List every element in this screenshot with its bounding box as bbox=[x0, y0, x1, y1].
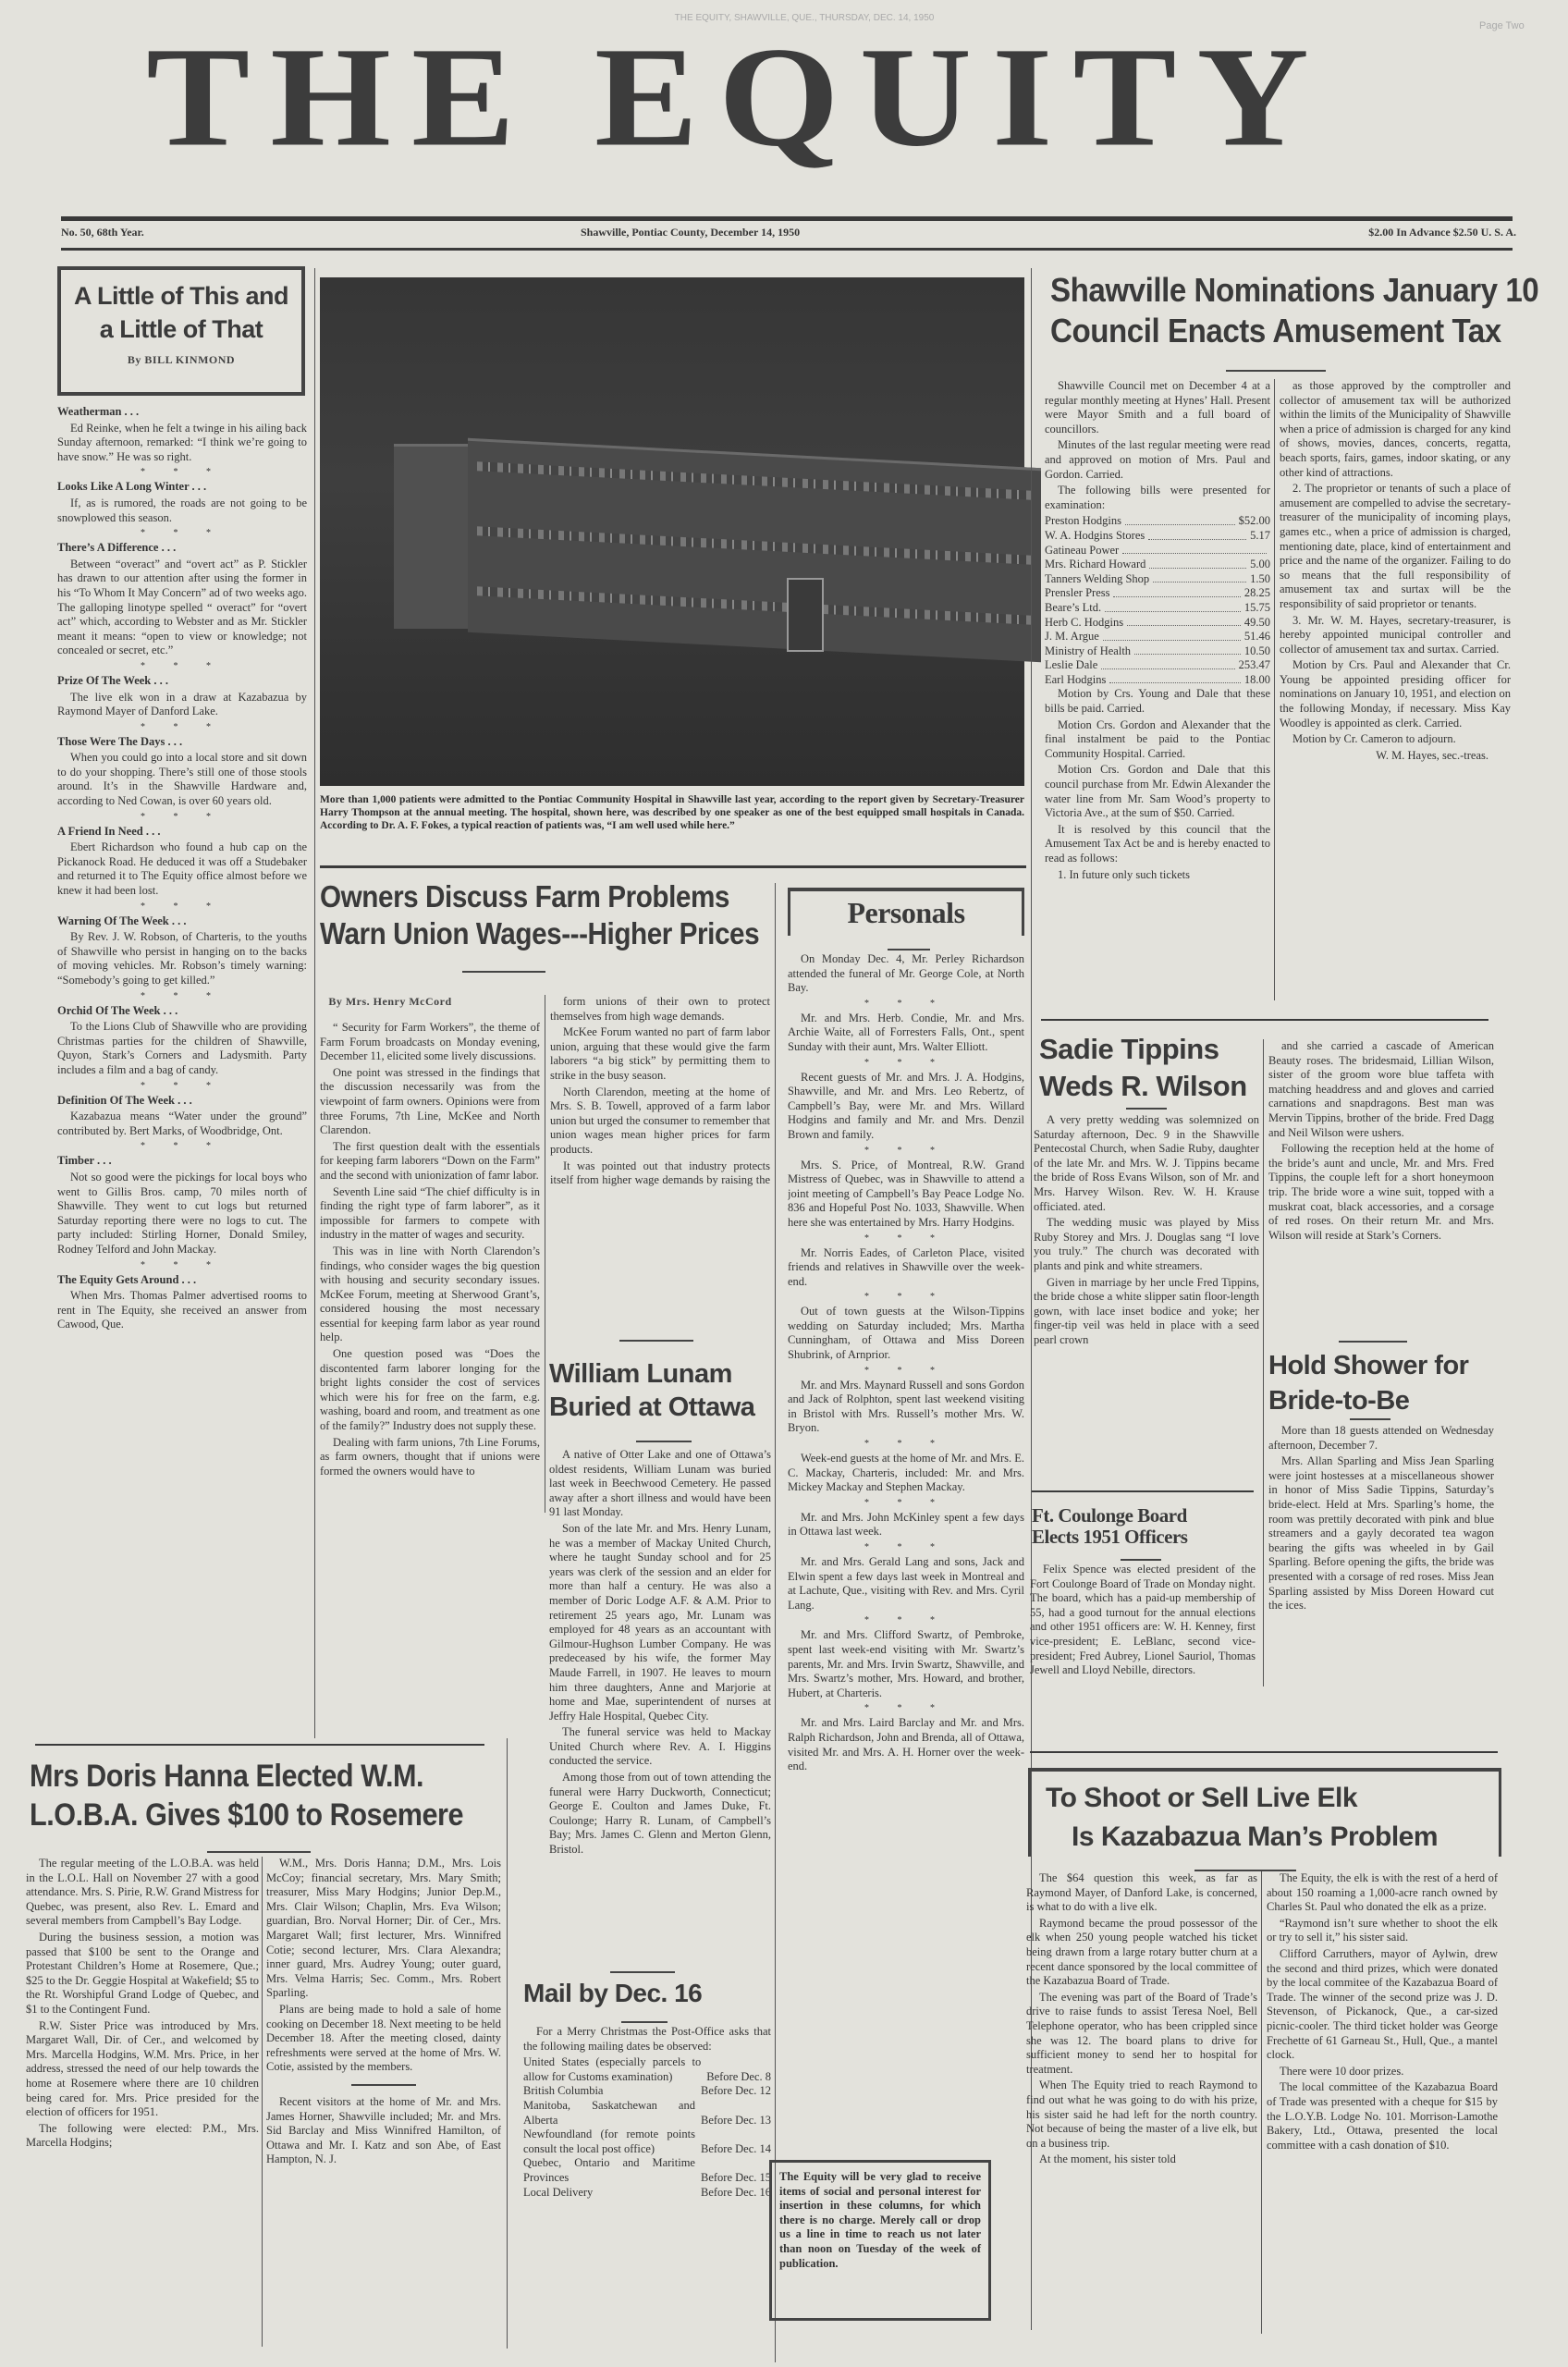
loba-paragraph: The following were elected: P.M., Mrs. M… bbox=[26, 2122, 259, 2151]
farm-paragraph: form unions of their own to protect them… bbox=[550, 995, 770, 1024]
masthead-rule-top bbox=[61, 216, 1513, 221]
lunam-rule bbox=[636, 1441, 692, 1442]
bill-leader bbox=[1153, 572, 1246, 583]
mail-deadline: Before Dec. 8 bbox=[701, 2070, 771, 2085]
elk-paragraph: The evening was part of the Board of Tra… bbox=[1026, 1991, 1257, 2078]
elk-paragraph: There were 10 door prizes. bbox=[1267, 2065, 1498, 2079]
farm-rule bbox=[462, 971, 545, 973]
farm-paragraph: One question posed was “Does the discont… bbox=[320, 1347, 540, 1434]
item-text: By Rev. J. W. Robson, of Charteris, to t… bbox=[57, 930, 307, 987]
elk-paragraph: “Raymond isn’t sure whether to shoot the… bbox=[1267, 1917, 1498, 1945]
farm-column-2: form unions of their own to protect them… bbox=[550, 995, 770, 1189]
council-paragraph: Motion by Crs. Young and Dale that these… bbox=[1045, 687, 1270, 716]
personal-item: Out of town guests at the Wilson-Tippins… bbox=[788, 1305, 1024, 1362]
council-paragraph: Minutes of the last regular meeting were… bbox=[1045, 438, 1270, 482]
item-kicker: Warning Of The Week . . . bbox=[57, 914, 307, 929]
personal-item: Mr. and Mrs. Herb. Condie, Mr. and Mrs. … bbox=[788, 1012, 1024, 1055]
mail-place: United States (especially parcels to all… bbox=[523, 2055, 701, 2084]
bill-name: Gatineau Power bbox=[1045, 544, 1119, 558]
caption-rule bbox=[320, 865, 1026, 868]
farm-column-1: “ Security for Farm Workers”, the theme … bbox=[320, 1021, 540, 1520]
mail-body: For a Merry Christmas the Post-Office as… bbox=[523, 2025, 771, 2200]
mail-rule bbox=[621, 2021, 668, 2023]
elk-head-box: To Shoot or Sell Live Elk Is Kazabazua M… bbox=[1028, 1768, 1501, 1857]
bill-name: Prensler Press bbox=[1045, 586, 1109, 601]
separator-stars: * * * bbox=[788, 1438, 1024, 1450]
item-text: When you could go into a local store and… bbox=[57, 751, 307, 808]
bill-row: Prensler Press28.25 bbox=[1045, 586, 1270, 601]
personal-item: Mr. and Mrs. Laird Barclay and Mr. and M… bbox=[788, 1716, 1024, 1773]
column-title: A Little of This and a Little of That bbox=[68, 279, 294, 346]
mail-deadline: Before Dec. 13 bbox=[695, 2114, 771, 2128]
farm-paragraph: It was pointed out that industry protect… bbox=[550, 1159, 770, 1189]
bill-leader bbox=[1109, 673, 1241, 684]
loba-right-divider bbox=[507, 1738, 508, 2349]
wedding-rule bbox=[1126, 1108, 1167, 1110]
coulonge-rule-top bbox=[1032, 1490, 1254, 1492]
farm-paragraph: One point was stressed in the findings t… bbox=[320, 1066, 540, 1138]
council-paragraph: Shawville Council met on December 4 at a… bbox=[1045, 379, 1270, 436]
council-paragraph: 1. In future only such tickets bbox=[1045, 868, 1270, 883]
shower-paragraph: More than 18 guests attended on Wednesda… bbox=[1268, 1424, 1494, 1453]
item-text: Kazabazua means “Water under the ground”… bbox=[57, 1110, 307, 1138]
mail-place: Newfoundland (for remote points consult … bbox=[523, 2128, 695, 2156]
bill-row: Herb C. Hodgins49.50 bbox=[1045, 616, 1270, 631]
farm-paragraph: McKee Forum wanted no part of farm labor… bbox=[550, 1025, 770, 1083]
elk-column-2: The Equity, the elk is with the rest of … bbox=[1267, 1871, 1498, 2334]
mail-deadline: Before Dec. 16 bbox=[695, 2186, 771, 2201]
council-column-1: Shawville Council met on December 4 at a… bbox=[1045, 379, 1270, 1000]
separator-stars: * * * bbox=[57, 527, 307, 539]
separator-stars: * * * bbox=[57, 1080, 307, 1092]
separator-stars: * * * bbox=[788, 1057, 1024, 1069]
separator-stars: * * * bbox=[57, 466, 307, 478]
shower-rule bbox=[1350, 1418, 1390, 1420]
elk-paragraph: Raymond became the proud possessor of th… bbox=[1026, 1917, 1257, 1989]
mail-deadline-row: Manitoba, Saskatchewan and AlbertaBefore… bbox=[523, 2099, 771, 2128]
newspaper-nameplate: THE EQUITY bbox=[44, 33, 1431, 161]
separator-stars: * * * bbox=[57, 721, 307, 733]
bill-leader bbox=[1113, 586, 1240, 597]
column-items: Weatherman . . .Ed Reinke, when he felt … bbox=[57, 405, 307, 1741]
bill-row: Preston Hodgins$52.00 bbox=[1045, 514, 1270, 529]
loba-rule bbox=[207, 1851, 311, 1853]
farm-paragraph: This was in line with North Clarendon’s … bbox=[320, 1245, 540, 1345]
bill-leader bbox=[1122, 544, 1267, 555]
shower-rule-top bbox=[1339, 1341, 1407, 1343]
personals-rule bbox=[888, 949, 930, 950]
mail-deadline-row: United States (especially parcels to all… bbox=[523, 2055, 771, 2084]
farm-headline: Owners Discuss Farm Problems Warn Union … bbox=[320, 878, 786, 952]
mail-deadlines: United States (especially parcels to all… bbox=[523, 2055, 771, 2200]
separator-stars: * * * bbox=[57, 660, 307, 672]
council-paragraph: The following bills were presented for e… bbox=[1045, 484, 1270, 512]
council-paragraph: Motion by Cr. Cameron to adjourn. bbox=[1280, 732, 1511, 747]
bill-amount: 15.75 bbox=[1244, 601, 1270, 616]
bill-row: Earl Hodgins18.00 bbox=[1045, 673, 1270, 688]
elk-paragraph: Clifford Carruthers, mayor of Aylwin, dr… bbox=[1267, 1947, 1498, 2063]
bill-name: Mrs. Richard Howard bbox=[1045, 558, 1145, 572]
council-divider bbox=[1274, 379, 1275, 1000]
bill-leader bbox=[1127, 616, 1241, 627]
council-signature: W. M. Hayes, sec.-treas. bbox=[1280, 749, 1511, 764]
item-kicker: Timber . . . bbox=[57, 1154, 307, 1169]
separator-stars: * * * bbox=[788, 1614, 1024, 1626]
elk-rule-top bbox=[1030, 1751, 1498, 1753]
elk-divider bbox=[1261, 1871, 1262, 2334]
column-divider bbox=[314, 268, 315, 1738]
item-kicker: Prize Of The Week . . . bbox=[57, 674, 307, 689]
council-paragraph: as those approved by the comptroller and… bbox=[1280, 379, 1511, 480]
council-paragraph: 2. The proprietor or tenants of such a p… bbox=[1280, 482, 1511, 611]
bill-row: Ministry of Health10.50 bbox=[1045, 644, 1270, 659]
elk-paragraph: At the moment, his sister told bbox=[1026, 2152, 1257, 2167]
place-date: Shawville, Pontiac County, December 14, … bbox=[581, 226, 800, 239]
shower-headline: Hold Shower for Bride-to-Be bbox=[1268, 1348, 1494, 1418]
farm-paragraph: Dealing with farm unions, 7th Line Forum… bbox=[320, 1436, 540, 1479]
bill-amount: 10.50 bbox=[1244, 644, 1270, 659]
separator-stars: * * * bbox=[57, 901, 307, 913]
separator-stars: * * * bbox=[788, 1497, 1024, 1509]
entrance bbox=[787, 578, 824, 652]
separator-stars: * * * bbox=[788, 1702, 1024, 1714]
photo-caption: More than 1,000 patients were admitted t… bbox=[320, 793, 1024, 832]
lunam-divider bbox=[775, 883, 776, 2362]
farm-divider bbox=[545, 995, 545, 1513]
lunam-paragraph: Son of the late Mr. and Mrs. Henry Lunam… bbox=[549, 1522, 771, 1723]
farm-paragraph: Seventh Line said “The chief difficulty … bbox=[320, 1185, 540, 1243]
separator-stars: * * * bbox=[57, 1140, 307, 1152]
council-column-2: as those approved by the comptroller and… bbox=[1280, 379, 1511, 1000]
wedding-paragraph: Following the reception held at the home… bbox=[1268, 1142, 1494, 1243]
mail-headline: Mail by Dec. 16 bbox=[523, 1979, 773, 2007]
bill-amount: 5.00 bbox=[1250, 558, 1270, 572]
elk-headline: To Shoot or Sell Live Elk Is Kazabazua M… bbox=[1031, 1772, 1499, 1857]
separator-stars: * * * bbox=[57, 811, 307, 823]
bill-leader bbox=[1101, 658, 1234, 669]
bill-row: J. M. Argue51.46 bbox=[1045, 630, 1270, 644]
mail-place: Quebec, Ontario and Maritime Provinces bbox=[523, 2156, 695, 2185]
wedding-paragraph: and she carried a cascade of American Be… bbox=[1268, 1039, 1494, 1140]
item-kicker: Definition Of The Week . . . bbox=[57, 1094, 307, 1109]
bill-row: Mrs. Richard Howard5.00 bbox=[1045, 558, 1270, 572]
loba-paragraph: R.W. Sister Price was introduced by Mrs.… bbox=[26, 2019, 259, 2120]
coulonge-paragraph: Felix Spence was elected president of th… bbox=[1030, 1563, 1256, 1678]
bill-amount: 51.46 bbox=[1244, 630, 1270, 644]
loba-headline: Mrs Doris Hanna Elected W.M. L.O.B.A. Gi… bbox=[30, 1757, 496, 1834]
separator-stars: * * * bbox=[57, 1259, 307, 1271]
lunam-paragraph: A native of Otter Lake and one of Ottawa… bbox=[549, 1448, 771, 1520]
personal-item: Mrs. S. Price, of Montreal, R.W. Grand M… bbox=[788, 1159, 1024, 1231]
bill-name: Beare’s Ltd. bbox=[1045, 601, 1101, 616]
mail-rule-top bbox=[610, 1971, 675, 1973]
separator-stars: * * * bbox=[57, 990, 307, 1002]
bill-amount: $52.00 bbox=[1239, 514, 1270, 529]
council-end-rule bbox=[1041, 1019, 1488, 1021]
separator-stars: * * * bbox=[788, 1145, 1024, 1157]
mail-deadline: Before Dec. 15 bbox=[695, 2171, 771, 2186]
personal-item: Mr. and Mrs. Gerald Lang and sons, Jack … bbox=[788, 1555, 1024, 1613]
item-kicker: Weatherman . . . bbox=[57, 405, 307, 420]
personals-headline: Personals bbox=[790, 891, 1022, 930]
farm-paragraph: “ Security for Farm Workers”, the theme … bbox=[320, 1021, 540, 1064]
council-paragraph: It is resolved by this council that the … bbox=[1045, 823, 1270, 866]
item-kicker: Orchid Of The Week . . . bbox=[57, 1004, 307, 1019]
farm-paragraph: North Clarendon, meeting at the home of … bbox=[550, 1085, 770, 1158]
folio-page: Page Two bbox=[1479, 20, 1562, 31]
loba-visitors-rule bbox=[351, 2084, 416, 2086]
item-text: Ebert Richardson who found a hub cap on … bbox=[57, 840, 307, 898]
personals-notice: The Equity will be very glad to receive … bbox=[779, 2170, 981, 2271]
farm-byline: By Mrs. Henry McCord bbox=[325, 995, 455, 1009]
elk-paragraph: When The Equity tried to reach Raymond t… bbox=[1026, 2079, 1257, 2151]
wedding-column-2: and she carried a cascade of American Be… bbox=[1268, 1039, 1494, 1331]
separator-stars: * * * bbox=[788, 998, 1024, 1010]
coulonge-body: Felix Spence was elected president of th… bbox=[1030, 1563, 1256, 1680]
bill-leader bbox=[1134, 644, 1241, 656]
coulonge-headline: Ft. Coulonge Board Elects 1951 Officers bbox=[1032, 1505, 1254, 1548]
item-kicker: Looks Like A Long Winter . . . bbox=[57, 480, 307, 495]
loba-column-2: W.M., Mrs. Doris Hanna; D.M., Mrs. Lois … bbox=[266, 1857, 501, 2352]
column-title-box: A Little of This and a Little of That By… bbox=[57, 266, 305, 396]
mail-deadline: Before Dec. 12 bbox=[695, 2084, 771, 2099]
bill-leader bbox=[1125, 514, 1235, 525]
personal-item: Mr. and Mrs. Clifford Swartz, of Pembrok… bbox=[788, 1628, 1024, 1700]
personals-head-box: Personals bbox=[788, 888, 1024, 936]
mail-place: Manitoba, Saskatchewan and Alberta bbox=[523, 2099, 695, 2128]
bill-row: Gatineau Power bbox=[1045, 544, 1270, 558]
mail-deadline-row: Quebec, Ontario and Maritime ProvincesBe… bbox=[523, 2156, 771, 2185]
column-byline: By BILL KINMOND bbox=[68, 353, 294, 367]
personals-notice-box: The Equity will be very glad to receive … bbox=[769, 2160, 991, 2321]
loba-paragraph: W.M., Mrs. Doris Hanna; D.M., Mrs. Lois … bbox=[266, 1857, 501, 2001]
bill-leader bbox=[1148, 529, 1246, 540]
council-headline: Shawville Nominations January 10 Council… bbox=[1050, 270, 1544, 351]
separator-stars: * * * bbox=[788, 1541, 1024, 1553]
separator-stars: * * * bbox=[788, 1233, 1024, 1245]
separator-stars: * * * bbox=[788, 1291, 1024, 1303]
personal-item: On Monday Dec. 4, Mr. Perley Richardson … bbox=[788, 952, 1024, 996]
elk-column-1: The $64 question this week, as far as Ra… bbox=[1026, 1871, 1257, 2349]
mail-place: Local Delivery bbox=[523, 2186, 695, 2201]
mail-deadline-row: British ColumbiaBefore Dec. 12 bbox=[523, 2084, 771, 2099]
loba-rule-top bbox=[35, 1744, 484, 1746]
shower-body: More than 18 guests attended on Wednesda… bbox=[1268, 1424, 1494, 1729]
loba-paragraph: The regular meeting of the L.O.B.A. was … bbox=[26, 1857, 259, 1929]
loba-paragraph: Plans are being made to hold a sale of h… bbox=[266, 2003, 501, 2075]
personals-body: On Monday Dec. 4, Mr. Perley Richardson … bbox=[788, 952, 1024, 1877]
masthead-rule-bottom bbox=[61, 248, 1513, 251]
wedding-paragraph: A very pretty wedding was solemnized on … bbox=[1034, 1113, 1259, 1214]
bill-amount: 1.50 bbox=[1250, 572, 1270, 587]
bill-name: Ministry of Health bbox=[1045, 644, 1131, 659]
elk-paragraph: The local committee of the Kazabazua Boa… bbox=[1267, 2080, 1498, 2152]
bill-leader bbox=[1105, 601, 1241, 612]
item-text: The live elk won in a draw at Kazabazua … bbox=[57, 691, 307, 719]
personal-item: Mr. Norris Eades, of Carleton Place, vis… bbox=[788, 1246, 1024, 1290]
loba-divider bbox=[262, 1857, 263, 2347]
personal-item: Week-end guests at the home of Mr. and M… bbox=[788, 1452, 1024, 1495]
mail-deadline-row: Newfoundland (for remote points consult … bbox=[523, 2128, 771, 2156]
item-kicker: There’s A Difference . . . bbox=[57, 541, 307, 556]
coulonge-rule bbox=[1121, 1559, 1161, 1561]
bill-name: Preston Hodgins bbox=[1045, 514, 1121, 529]
bill-amount: 49.50 bbox=[1244, 616, 1270, 631]
wedding-headline: Sadie Tippins Weds R. Wilson bbox=[1039, 1031, 1261, 1105]
bill-amount: 253.47 bbox=[1239, 658, 1270, 673]
personal-item: Mr. and Mrs. Maynard Russell and sons Go… bbox=[788, 1379, 1024, 1436]
bill-amount: 18.00 bbox=[1244, 673, 1270, 688]
issue-number: No. 50, 68th Year. bbox=[61, 226, 144, 239]
loba-column-1: The regular meeting of the L.O.B.A. was … bbox=[26, 1857, 259, 2352]
item-text: Not so good were the pickings for local … bbox=[57, 1171, 307, 1257]
mail-intro: For a Merry Christmas the Post-Office as… bbox=[523, 2025, 771, 2054]
bill-row: Tanners Welding Shop1.50 bbox=[1045, 572, 1270, 587]
building-shape bbox=[394, 444, 468, 629]
bill-amount: 28.25 bbox=[1244, 586, 1270, 601]
mail-place: British Columbia bbox=[523, 2084, 695, 2099]
lunam-paragraph: Among those from out of town attending t… bbox=[549, 1771, 771, 1858]
wedding-divider bbox=[1263, 1039, 1264, 1686]
item-text: To the Lions Club of Shawville who are p… bbox=[57, 1020, 307, 1077]
bill-name: Leslie Dale bbox=[1045, 658, 1097, 673]
hospital-photo bbox=[320, 277, 1024, 786]
bill-name: Tanners Welding Shop bbox=[1045, 572, 1149, 587]
item-text: Between “overact” and “overt act” as P. … bbox=[57, 558, 307, 658]
council-paragraph: Motion by Crs. Paul and Alexander that C… bbox=[1280, 658, 1511, 730]
bill-name: Herb C. Hodgins bbox=[1045, 616, 1123, 631]
council-paragraph: 3. Mr. W. M. Hayes, secretary-treasurer,… bbox=[1280, 614, 1511, 657]
bill-row: Leslie Dale253.47 bbox=[1045, 658, 1270, 673]
council-rule bbox=[1226, 370, 1326, 372]
subscription-price: $2.00 In Advance $2.50 U. S. A. bbox=[1304, 226, 1516, 239]
council-paragraph: Motion Crs. Gordon and Dale that this co… bbox=[1045, 763, 1270, 820]
personal-item: Mr. and Mrs. John McKinley spent a few d… bbox=[788, 1511, 1024, 1539]
wedding-paragraph: Given in marriage by her uncle Fred Tipp… bbox=[1034, 1276, 1259, 1348]
council-paragraph: Motion Crs. Gordon and Alexander that th… bbox=[1045, 718, 1270, 762]
personal-item: Recent guests of Mr. and Mrs. J. A. Hodg… bbox=[788, 1071, 1024, 1143]
lunam-headline: William Lunam Buried at Ottawa bbox=[549, 1357, 771, 1424]
item-kicker: Those Were The Days . . . bbox=[57, 735, 307, 750]
wedding-column-1: A very pretty wedding was solemnized on … bbox=[1034, 1113, 1259, 1496]
mail-deadline: Before Dec. 14 bbox=[695, 2142, 771, 2157]
separator-stars: * * * bbox=[788, 1365, 1024, 1377]
item-kicker: The Equity Gets Around . . . bbox=[57, 1273, 307, 1288]
bill-name: J. M. Argue bbox=[1045, 630, 1099, 644]
bill-row: Beare’s Ltd.15.75 bbox=[1045, 601, 1270, 616]
bill-leader bbox=[1103, 630, 1241, 641]
mail-deadline-row: Local DeliveryBefore Dec. 16 bbox=[523, 2186, 771, 2201]
item-text: When Mrs. Thomas Palmer advertised rooms… bbox=[57, 1289, 307, 1332]
bill-leader bbox=[1149, 558, 1246, 569]
lunam-body: A native of Otter Lake and one of Ottawa… bbox=[549, 1448, 771, 1966]
bill-amount: 5.17 bbox=[1250, 529, 1270, 544]
bill-name: Earl Hodgins bbox=[1045, 673, 1106, 688]
farm-paragraph: The first question dealt with the essent… bbox=[320, 1140, 540, 1183]
item-text: If, as is rumored, the roads are not goi… bbox=[57, 497, 307, 525]
lunam-rule-top bbox=[619, 1340, 693, 1342]
lunam-paragraph: The funeral service was held to Mackay U… bbox=[549, 1725, 771, 1769]
loba-paragraph: During the business session, a motion wa… bbox=[26, 1931, 259, 2017]
bill-name: W. A. Hodgins Stores bbox=[1045, 529, 1145, 544]
item-text: Ed Reinke, when he felt a twinge in his … bbox=[57, 422, 307, 465]
bill-row: W. A. Hodgins Stores5.17 bbox=[1045, 529, 1270, 544]
wedding-paragraph: The wedding music was played by Miss Rub… bbox=[1034, 1216, 1259, 1273]
elk-paragraph: The Equity, the elk is with the rest of … bbox=[1267, 1871, 1498, 1915]
shower-paragraph: Mrs. Allan Sparling and Miss Jean Sparli… bbox=[1268, 1454, 1494, 1613]
loba-visitors: Recent visitors at the home of Mr. and M… bbox=[266, 2095, 501, 2167]
item-kicker: A Friend In Need . . . bbox=[57, 825, 307, 840]
elk-paragraph: The $64 question this week, as far as Ra… bbox=[1026, 1871, 1257, 1915]
